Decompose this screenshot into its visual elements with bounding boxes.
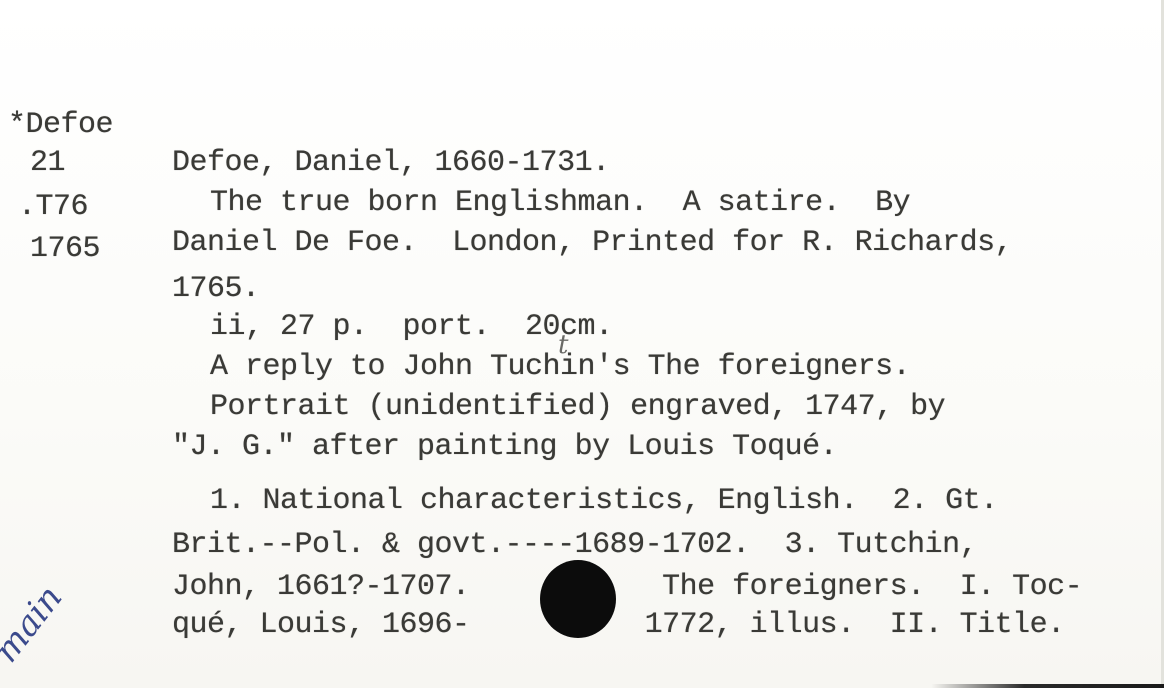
title-line: The true born Englishman. A satire. By [210,186,910,220]
tracing-line: John, 1661?-1707. The foreigners. I. Toc… [172,570,1082,604]
title-line: Daniel De Foe. London, Printed for R. Ri… [172,226,1012,260]
catalog-card: *Defoe 21 .T76 1765 Defoe, Daniel, 1660-… [0,0,1164,688]
punch-hole [540,560,616,638]
tracing-line: qué, Louis, 1696- 1772, illus. II. Title… [172,608,1065,642]
call-number-line: 1765 [30,232,100,266]
collation: ii, 27 p. port. 20cm. [210,310,613,344]
handwritten-note: main [0,578,71,670]
tracing-line: Brit.--Pol. & govt.----1689-1702. 3. Tut… [172,528,977,562]
card-shadow [0,684,1164,688]
author-heading: Defoe, Daniel, 1660-1731. [172,146,610,180]
call-number-line: 21 [30,146,65,180]
note-line: "J. G." after painting by Louis Toqué. [172,430,837,464]
call-number-line: *Defoe [8,108,113,142]
note-line: Portrait (unidentified) engraved, 1747, … [210,390,945,424]
call-number-line: .T76 [18,190,88,224]
note-line: A reply to John Tuchin's The foreigners. [210,350,910,384]
title-line: 1765. [172,272,260,306]
tracing-line: 1. National characteristics, English. 2.… [210,484,998,518]
